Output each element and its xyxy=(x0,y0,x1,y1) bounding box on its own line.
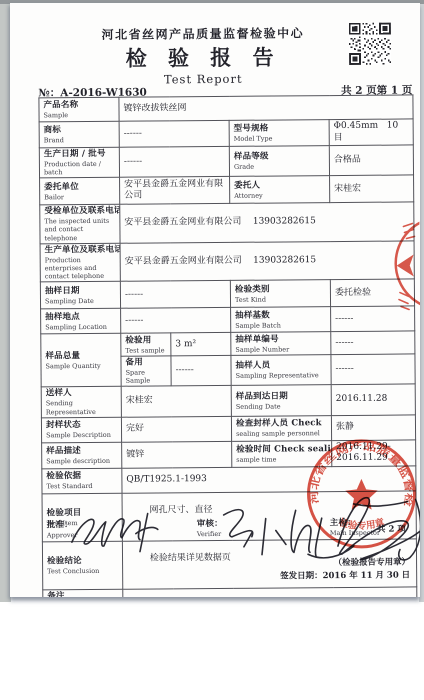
sending-representative-label: 送样人Sending Representative xyxy=(41,387,121,418)
table-row: 委托单位Bailor 安平县金爵五金网业有限公司 委托人Attorney 宋桂宏 xyxy=(40,175,414,205)
table-row: 产品名称Sample 镀锌改拔铁丝网 xyxy=(39,95,413,122)
table-row: 商标Brand ------ 型号规格Model Type Φ0.45mm 10… xyxy=(39,119,413,148)
production-date-label: 生产日期 / 批号Production date / batch xyxy=(39,147,119,178)
test-kind-value: 委托检验 xyxy=(330,279,414,307)
sealing-personnel-label: 检查封样人员 Checksealing sample personnel xyxy=(231,415,331,441)
issue-date: 签发日期：2016 年 11 月 30 日 xyxy=(280,570,410,585)
attorney-label: 委托人Attorney xyxy=(230,176,330,204)
table-row: 生产单位及联系电话Production enterprises and cont… xyxy=(40,241,414,282)
test-standard-value: QB/T1925.1-1993 xyxy=(122,466,416,493)
table-row: 生产日期 / 批号Production date / batch ------ … xyxy=(39,145,413,178)
sending-date-value: 2016.11.28 xyxy=(331,384,415,415)
test-sample-label: 检验用Test sample xyxy=(121,333,171,356)
note-label: 备注Note xyxy=(43,589,123,597)
sealing-state-value: 完好 xyxy=(121,416,231,442)
table-row: 样品描述Sample description 镀锌 检验时间 Check sea… xyxy=(42,440,416,469)
sealing-personnel-value: 张静 xyxy=(331,415,415,441)
brand-value: ------ xyxy=(119,120,229,147)
scanned-test-report-page: 河北省丝网产品质量监督检验中心 检 验 报 告 Test Report №：A-… xyxy=(10,3,420,597)
production-enterprises-value: 安平县金爵五金网业有限公司 13903282615 xyxy=(120,241,414,282)
sampling-location-label: 抽样地点Sampling Location xyxy=(41,308,121,334)
spare-sample-value: ------ xyxy=(171,356,231,387)
spare-sample-label: 备用Spare Sample xyxy=(121,356,171,387)
grade-value: 合格品 xyxy=(329,145,413,176)
sampling-date-value: ------ xyxy=(120,281,230,309)
model-type-value: Φ0.45mm 10 目 xyxy=(329,119,413,146)
sampling-representative-label: 抽样人员Sampling Representative xyxy=(231,355,331,386)
conclusion-seal-note: （检验报告专用章） 签发日期：2016 年 11 月 30 日 xyxy=(280,556,410,584)
test-conclusion-label: 检验结论Test Conclusion xyxy=(42,541,122,590)
product-name-label: 产品名称Sample xyxy=(39,97,119,122)
test-sample-value: 3 m² xyxy=(171,333,231,356)
table-row: 检验依据Test Standard QB/T1925.1-1993 xyxy=(42,466,416,494)
qr-code-icon xyxy=(349,23,391,65)
sample-number-value: ------ xyxy=(331,331,415,355)
production-enterprises-label: 生产单位及联系电话Production enterprises and cont… xyxy=(40,243,120,282)
inspected-units-value: 安平县金爵五金网业有限公司 13903282615 xyxy=(120,202,414,243)
sampling-date-label: 抽样日期Sampling Date xyxy=(40,281,120,309)
bailor-value: 安平县金爵五金网业有限公司 xyxy=(120,177,230,205)
sample-description-label: 样品描述Sample description xyxy=(42,442,122,469)
table-row: 受检单位及联系电话The inspected units and contact… xyxy=(40,202,414,243)
attorney-value: 宋桂宏 xyxy=(330,175,414,203)
sending-date-label: 样品到达日期Sending Date xyxy=(231,385,331,416)
approver-field: 批准： Approver xyxy=(47,520,78,539)
sample-batch-value: ------ xyxy=(331,306,415,332)
brand-label: 商标Brand xyxy=(39,121,119,148)
production-date-value: ------ xyxy=(119,146,229,177)
test-standard-label: 检验依据Test Standard xyxy=(42,468,122,494)
test-item-count: 共 2 项 xyxy=(377,525,406,536)
table-row: 检验结论Test Conclusion 检验结果详见数据页 （检验报告专用章） … xyxy=(42,539,416,590)
table-row: 抽样日期Sampling Date ------ 检验类别Test Kind 委… xyxy=(40,279,414,309)
check-time-label: 检验时间 Check sealingsample time xyxy=(232,440,332,467)
inspected-units-label: 受检单位及联系电话The inspected units and contact… xyxy=(40,205,120,244)
sending-representative-value: 宋桂宏 xyxy=(121,386,231,417)
sample-batch-label: 抽样基数Sample Batch xyxy=(231,307,331,333)
model-type-label: 型号规格Model Type xyxy=(229,120,329,147)
report-title: 检 验 报 告 xyxy=(38,41,368,74)
table-row: 样品总量Sample Quantity 检验用Test sample 3 m² … xyxy=(41,331,415,357)
table-row: 抽样地点Sampling Location ------ 抽样基数Sample … xyxy=(41,306,415,334)
sample-number-label: 抽样单编号Sample Number xyxy=(231,332,331,356)
sampling-representative-value: ------ xyxy=(331,354,415,385)
table-row: 封样状态Sample Description 完好 检查封样人员 Checkse… xyxy=(41,415,415,443)
verifier-field: 审核： Verifier xyxy=(197,519,223,538)
bailor-label: 委托单位Bailor xyxy=(40,178,120,206)
test-kind-label: 检验类别Test Kind xyxy=(230,280,330,308)
table-row: 备注Note xyxy=(43,587,417,597)
sample-description-value: 镀锌 xyxy=(122,441,232,468)
check-time-value: 2016.11.29-2016.11.29 xyxy=(332,440,416,467)
sample-quantity-label: 样品总量Sample Quantity xyxy=(41,333,121,387)
main-inspector-field: 主检： Main Inspector xyxy=(330,518,380,538)
product-name-value: 镀锌改拔铁丝网 xyxy=(119,95,413,121)
sealing-state-label: 封样状态Sample Description xyxy=(41,417,121,443)
sampling-location-value: ------ xyxy=(121,308,231,334)
grade-label: 样品等级Grade xyxy=(229,146,329,177)
table-row: 送样人Sending Representative 宋桂宏 样品到达日期Send… xyxy=(41,384,415,417)
test-conclusion-value: 检验结果详见数据页 （检验报告专用章） 签发日期：2016 年 11 月 30 … xyxy=(122,539,416,589)
